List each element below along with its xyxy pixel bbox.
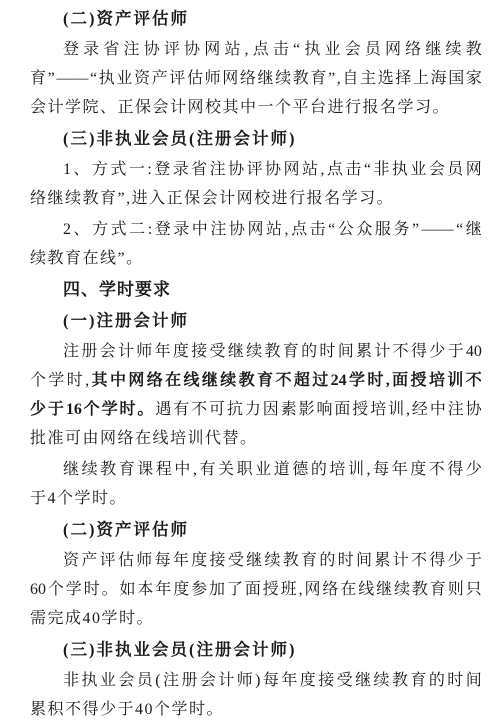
text-token: 业 (410, 155, 426, 184)
text-token: 网 (466, 155, 482, 184)
text-token: 时 (338, 546, 354, 575)
text-line: 2、方式二:登录中注协网站,点击“公众服务”——“继 (30, 215, 482, 244)
section-heading: 四、学时要求 (30, 275, 482, 304)
text-token: 累 (374, 546, 390, 575)
text-token: 得 (447, 455, 463, 484)
text-token: 不 (429, 455, 445, 484)
text-token: 计 (118, 337, 134, 366)
text-token: : (148, 215, 152, 244)
text-token: 得 (411, 337, 427, 366)
text-token: 网 (284, 155, 300, 184)
document-body: (二)资产评估师登录省注协评协网站,点击“执业会员网络继续教育”——“执业资产评… (30, 4, 482, 722)
text-token: 择 (395, 64, 411, 93)
text-token: 训 (388, 395, 404, 424)
text-token: 评 (169, 64, 185, 93)
text-token: 计 (374, 337, 390, 366)
text-token: 只 (466, 575, 482, 604)
text-token: 个 (84, 395, 100, 424)
document-page: (二)资产评估师登录省注协评协网站,点击“执业会员网络继续教育”——“执业资产评… (0, 0, 492, 722)
text-token: 协 (228, 155, 244, 184)
text-segment: 需完成40学时。 (30, 610, 154, 627)
text-token: “ (90, 64, 97, 93)
text-line: 资产评估师每年度接受继续教育的时间累计不得少于 (30, 546, 482, 575)
text-token: 会 (200, 666, 216, 695)
text-token: 课 (137, 455, 153, 484)
text-line: 个学时,其中网络在线继续教育不超过24学时,面授培训不 (30, 366, 482, 395)
text-token: 会 (429, 155, 445, 184)
text-token: 继 (425, 35, 441, 64)
text-token: 继 (258, 64, 274, 93)
text-token: 协 (229, 215, 245, 244)
text-token: 授 (263, 575, 279, 604)
text-token: 册 (181, 666, 197, 695)
text-token: 有 (199, 455, 215, 484)
text-token: : (147, 155, 151, 184)
text-token: “ (456, 215, 463, 244)
text-token: 时 (67, 366, 83, 395)
text-token: 度 (410, 455, 426, 484)
text-token: 关 (218, 455, 234, 484)
text-token: 师 (205, 64, 221, 93)
text-token: 育 (283, 337, 299, 366)
text-token: 业 (255, 455, 271, 484)
text-token: 计 (218, 666, 234, 695)
text-token: 网 (304, 575, 320, 604)
text-token: 二 (129, 215, 145, 244)
text-token: 道 (274, 455, 290, 484)
text-token: 的 (301, 337, 317, 366)
text-segment: 会计学院、正保会计网校其中一个平台进行报名学习。 (30, 99, 450, 116)
text-token: 继 (63, 455, 79, 484)
text-token: 协 (184, 35, 200, 64)
text-token: 会 (118, 666, 134, 695)
text-token: 执 (81, 666, 97, 695)
text-token: 中 (430, 395, 446, 424)
text-token: 会 (345, 35, 361, 64)
text-token: “ (364, 155, 371, 184)
text-token: 续 (220, 366, 236, 395)
text-token: 协 (144, 35, 160, 64)
text-token: 点 (253, 35, 269, 64)
text-line: 少于16个学时。遇有不可抗力因素影响面授培训,经中注协 (30, 395, 482, 424)
text-token: ” (48, 64, 55, 93)
text-token: , (367, 455, 371, 484)
text-token: 在 (165, 366, 181, 395)
text-token: 育 (410, 666, 426, 695)
text-token: 少 (466, 455, 482, 484)
text-token: 本 (137, 575, 153, 604)
text-token: 中 (174, 455, 190, 484)
text-line: 1、方式一:登录省注协评协网站,点击“非执业会员网 (30, 155, 482, 184)
text-token: “ (328, 215, 335, 244)
text-token: 职 (237, 455, 253, 484)
text-token: 击 (345, 155, 361, 184)
text-token: 络 (147, 366, 163, 395)
text-token: 击 (273, 35, 289, 64)
text-token: 接 (210, 546, 226, 575)
text-token: 力 (245, 395, 261, 424)
text-line: 非执业会员(注册会计师)每年度接受继续教育的时间 (30, 666, 482, 695)
text-token: 教 (100, 455, 116, 484)
text-token: 度 (173, 337, 189, 366)
text-token: , (386, 366, 390, 395)
text-token: 接 (318, 666, 334, 695)
text-token: 中 (110, 366, 126, 395)
text-token: 间 (338, 337, 354, 366)
text-token: 抗 (227, 395, 243, 424)
text-line: 批准可由网络在线培训代替。 (30, 424, 482, 453)
text-token: ” (412, 215, 419, 244)
text-token: 度 (300, 666, 316, 695)
text-token: 响 (316, 395, 332, 424)
paragraph: 资产评估师每年度接受继续教育的时间累计不得少于60个学时。如本年度参加了面授班,… (30, 546, 482, 633)
text-token: 评 (100, 546, 116, 575)
text-token: 个 (48, 575, 64, 604)
text-line: 会计学院、正保会计网校其中一个平台进行报名学习。 (30, 93, 482, 122)
text-token: 执 (392, 155, 408, 184)
text-token: 络 (240, 64, 256, 93)
text-token: 国 (448, 64, 464, 93)
text-token: 网 (222, 64, 238, 93)
text-token: 省 (103, 35, 119, 64)
text-token: 估 (187, 64, 203, 93)
text-token: 教 (392, 666, 408, 695)
text-token: 协 (466, 395, 482, 424)
text-token: 2 (63, 215, 71, 244)
text-line: 育”——“执业资产评估师网络继续教育”,自主选择上海国家 (30, 64, 482, 93)
text-token: 16 (66, 395, 82, 424)
text-token: 网 (128, 366, 144, 395)
text-token: 录 (173, 155, 189, 184)
text-line: 继续教育课程中,有关职业道德的培训,每年度不得少 (30, 455, 482, 484)
text-token: 时 (120, 395, 136, 424)
text-line: 络继续教育”,进入正保会计网校进行报名学习。 (30, 184, 482, 213)
text-token: 继 (246, 546, 262, 575)
text-token: 一 (129, 155, 145, 184)
text-token: 其 (92, 366, 108, 395)
text-token: 资 (63, 546, 79, 575)
text-token: 评 (164, 35, 180, 64)
text-token: 度 (191, 546, 207, 575)
text-token: , (285, 215, 289, 244)
text-token: 线 (184, 366, 200, 395)
text-token: 师 (237, 666, 253, 695)
text-token: 学 (66, 575, 82, 604)
text-token: 续 (275, 64, 291, 93)
text-token: 则 (448, 575, 464, 604)
text-token: —— (422, 215, 454, 244)
text-token: 年 (173, 546, 189, 575)
text-token: 于 (466, 546, 482, 575)
text-token: , (337, 64, 341, 93)
text-token: “ (293, 35, 300, 64)
text-token: , (299, 575, 303, 604)
text-token: 会 (100, 337, 116, 366)
text-token: 素 (281, 395, 297, 424)
text-token: 的 (319, 546, 335, 575)
text-token: 注 (124, 35, 140, 64)
text-token: 注 (163, 666, 179, 695)
text-token: 执 (99, 64, 115, 93)
text-token: 24 (331, 366, 347, 395)
text-token: 方 (92, 155, 108, 184)
text-token: 间 (466, 666, 482, 695)
text-token: 不 (411, 546, 427, 575)
text-token: 于 (48, 395, 64, 424)
text-token: 续 (446, 35, 462, 64)
text-token: 年 (155, 575, 171, 604)
text-token: ( (155, 666, 160, 695)
text-token: 年 (281, 666, 297, 695)
text-token: 继 (355, 666, 371, 695)
text-token: 上 (413, 64, 429, 93)
sub-heading: (三)非执业会员(注册会计师) (30, 124, 482, 153)
text-token: 育 (301, 546, 317, 575)
text-token: 注 (210, 155, 226, 184)
text-line: 需完成40学时。 (30, 604, 482, 633)
text-token: 每 (373, 455, 389, 484)
text-token: 评 (247, 155, 263, 184)
text-token: 不 (275, 366, 291, 395)
text-token: 少 (448, 546, 464, 575)
text-token: 有 (173, 395, 189, 424)
text-token: 产 (152, 64, 168, 93)
text-token: 、 (73, 155, 89, 184)
text-token: 继 (228, 337, 244, 366)
sub-heading: (一)注册会计师 (30, 306, 482, 335)
text-token: 续 (264, 546, 280, 575)
text-token: 1 (63, 155, 71, 184)
text-token: 注 (63, 337, 79, 366)
text-token: 非 (63, 666, 79, 695)
text-token: 育 (30, 64, 46, 93)
text-token: 培 (329, 455, 345, 484)
paragraph: 注册会计师年度接受继续教育的时间累计不得少于40个学时,其中网络在线继续教育不超… (30, 337, 482, 453)
text-token: 遇 (155, 395, 171, 424)
text-token: 注 (210, 215, 226, 244)
text-token: 的 (429, 666, 445, 695)
text-token: 在 (340, 575, 356, 604)
text-token: 点 (291, 215, 307, 244)
text-token: 网 (204, 35, 220, 64)
text-token: 训 (348, 455, 364, 484)
text-token: 计 (393, 546, 409, 575)
text-token: —— (56, 64, 88, 93)
text-token: 续 (394, 575, 410, 604)
text-token: 少 (30, 395, 46, 424)
paragraph: 继续教育课程中,有关职业道德的培训,每年度不得少于4个学时。 (30, 455, 482, 513)
paragraph: 2、方式二:登录中注协网站,点击“公众服务”——“继续教育在线”。 (30, 215, 482, 273)
text-token: 省 (191, 155, 207, 184)
text-token: 登 (155, 215, 171, 244)
text-line: 登录省注协评协网站,点击“执业会员网络继续教 (30, 35, 482, 64)
text-token: 员 (137, 666, 153, 695)
text-token: 业 (324, 35, 340, 64)
text-token: 学 (102, 395, 118, 424)
text-token: 执 (304, 35, 320, 64)
text-token: 续 (246, 337, 262, 366)
text-token: 育 (310, 64, 326, 93)
text-token: 时 (367, 366, 383, 395)
text-token: 度 (173, 575, 189, 604)
text-token: 育 (430, 575, 446, 604)
text-token: 不 (191, 395, 207, 424)
text-token: 授 (411, 366, 427, 395)
text-token: 非 (373, 155, 389, 184)
text-token: 不 (393, 337, 409, 366)
text-token: 式 (110, 155, 126, 184)
paragraph: 登录省注协评协网站,点击“执业会员网络继续教育”——“执业资产评估师网络继续教育… (30, 35, 482, 122)
text-token: 个 (30, 366, 46, 395)
text-token: 络 (405, 35, 421, 64)
text-token: 少 (429, 337, 445, 366)
text-token: 方 (92, 215, 108, 244)
text-token: 40 (466, 337, 482, 366)
text-token: 点 (327, 155, 343, 184)
text-token: 资 (134, 64, 150, 93)
text-token: 家 (466, 64, 482, 93)
text-segment: 累积不得少于40个学时。 (30, 701, 224, 718)
text-token: 培 (429, 366, 445, 395)
text-token: 络 (322, 575, 338, 604)
text-token: 式 (111, 215, 127, 244)
text-token: 注 (448, 395, 464, 424)
text-token: 育 (257, 366, 273, 395)
text-token: 过 (312, 366, 328, 395)
text-token: 。 (102, 575, 118, 604)
text-token: 录 (83, 35, 99, 64)
text-line: 续教育在线”。 (30, 244, 482, 273)
text-token: 程 (156, 455, 172, 484)
text-token: 登 (63, 35, 79, 64)
text-token: 估 (118, 546, 134, 575)
text-line: 注册会计师年度接受继续教育的时间累计不得少于40 (30, 337, 482, 366)
sub-heading: (二)资产评估师 (30, 515, 482, 544)
text-token: 网 (247, 215, 263, 244)
text-token: 于 (448, 337, 464, 366)
text-token: 登 (154, 155, 170, 184)
text-token: 年 (155, 337, 171, 366)
text-token: 接 (191, 337, 207, 366)
text-token: 产 (81, 546, 97, 575)
text-token: 协 (265, 155, 281, 184)
text-token: 继 (466, 215, 482, 244)
text-token: 主 (360, 64, 376, 93)
text-token: 教 (239, 366, 255, 395)
text-segment: 于4个学时。 (30, 490, 127, 507)
text-token: 60 (30, 575, 46, 604)
text-token: 继 (202, 366, 218, 395)
text-token: 。 (137, 395, 153, 424)
text-token: 不 (466, 366, 482, 395)
text-token: 续 (82, 455, 98, 484)
text-token: 时 (319, 337, 335, 366)
text-token: 教 (412, 575, 428, 604)
text-token: 册 (81, 337, 97, 366)
text-token: 选 (378, 64, 394, 93)
text-token: 可 (209, 395, 225, 424)
sub-heading: (三)非执业会员(注册会计师) (30, 635, 482, 664)
text-token: 受 (228, 546, 244, 575)
text-token: , (245, 35, 249, 64)
text-token: ” (328, 64, 335, 93)
text-token: 面 (334, 395, 350, 424)
text-token: , (320, 155, 324, 184)
text-token: 间 (356, 546, 372, 575)
text-token: 中 (192, 215, 208, 244)
text-token: 的 (311, 455, 327, 484)
text-token: 教 (283, 546, 299, 575)
paragraph: 1、方式一:登录省注协评协网站,点击“非执业会员网络继续教育”,进入正保会计网校… (30, 155, 482, 213)
text-token: 加 (209, 575, 225, 604)
text-token: 了 (227, 575, 243, 604)
text-token: 年 (392, 455, 408, 484)
text-token: 站 (266, 215, 282, 244)
text-segment: 续教育在线”。 (30, 250, 144, 267)
text-token: 参 (191, 575, 207, 604)
text-token: 师 (136, 546, 152, 575)
text-token: 继 (376, 575, 392, 604)
text-line: 60个学时。如本年度参加了面授班,网络在线继续教育则只 (30, 575, 482, 604)
text-token: 网 (385, 35, 401, 64)
text-token: 影 (299, 395, 315, 424)
text-token: 师 (136, 337, 152, 366)
text-token: 自 (342, 64, 358, 93)
text-token: 超 (294, 366, 310, 395)
text-segment: 批准可由网络在线培训代替。 (30, 430, 258, 447)
text-token: 服 (375, 215, 391, 244)
text-token: 务 (393, 215, 409, 244)
text-token: 每 (155, 546, 171, 575)
text-token: 教 (466, 35, 482, 64)
text-token: , (193, 455, 197, 484)
text-token: 经 (412, 395, 428, 424)
text-token: 击 (310, 215, 326, 244)
text-token: ) (255, 666, 260, 695)
text-token: 累 (356, 337, 372, 366)
text-token: , (85, 366, 89, 395)
text-token: 续 (374, 666, 390, 695)
text-token: 、 (74, 215, 90, 244)
text-token: 海 (431, 64, 447, 93)
text-token: , (406, 395, 410, 424)
text-token: 站 (224, 35, 240, 64)
text-token: 公 (338, 215, 354, 244)
text-token: 教 (264, 337, 280, 366)
text-segment: 络继续教育”,进入正保会计网校进行报名学习。 (30, 190, 394, 207)
text-token: 教 (293, 64, 309, 93)
text-line: 于4个学时。 (30, 484, 482, 513)
text-token: 如 (120, 575, 136, 604)
text-token: 员 (365, 35, 381, 64)
text-token: 员 (447, 155, 463, 184)
text-token: 录 (173, 215, 189, 244)
text-token: 德 (292, 455, 308, 484)
text-token: 时 (84, 575, 100, 604)
text-line: 累积不得少于40个学时。 (30, 695, 482, 722)
text-token: 培 (370, 395, 386, 424)
text-token: 时 (447, 666, 463, 695)
text-token: 训 (447, 366, 463, 395)
text-token: 受 (337, 666, 353, 695)
paragraph: 非执业会员(注册会计师)每年度接受继续教育的时间累积不得少于40个学时。 (30, 666, 482, 722)
text-token: 因 (263, 395, 279, 424)
text-token: 每 (263, 666, 279, 695)
text-token: 育 (119, 455, 135, 484)
text-token: 学 (48, 366, 64, 395)
text-token: 站 (302, 155, 318, 184)
text-token: 线 (358, 575, 374, 604)
